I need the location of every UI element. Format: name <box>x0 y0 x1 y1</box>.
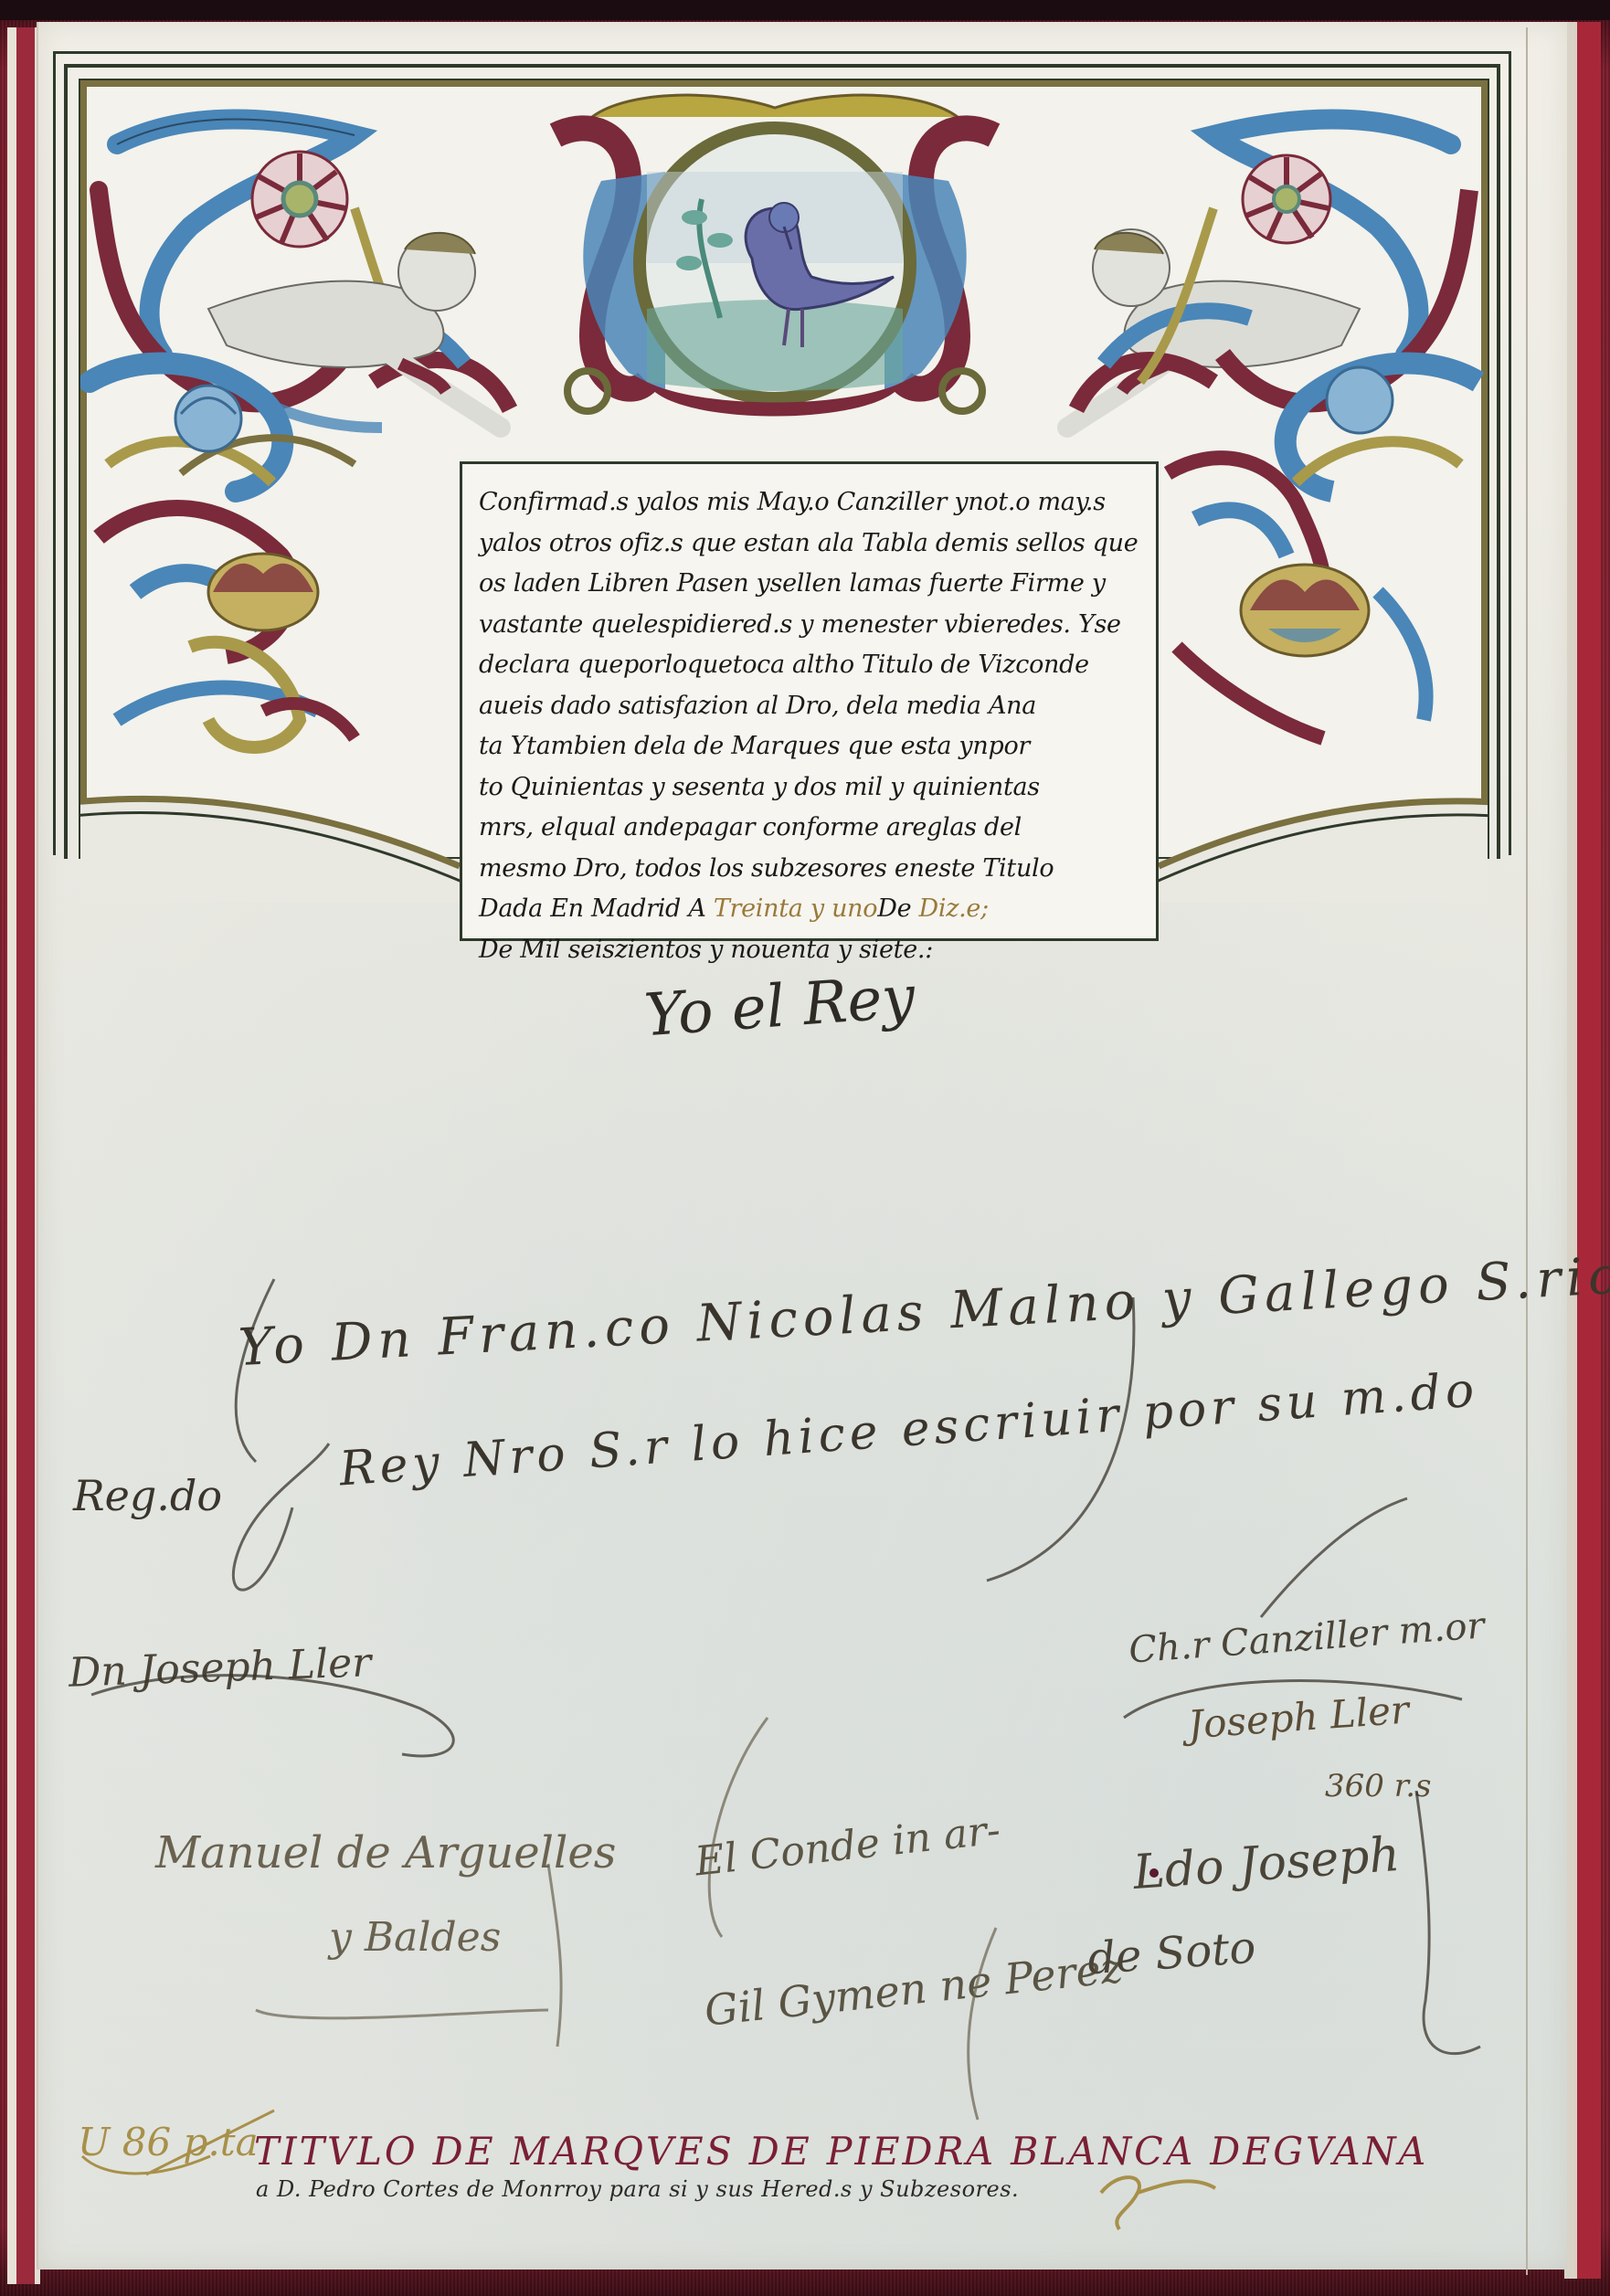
document-title: TITVLO DE MARQVES DE PIEDRA BLANCA DEGVA… <box>254 2129 1428 2174</box>
document-subtitle: a D. Pedro Cortes de Monrroy para si y s… <box>256 2176 1019 2202</box>
gold-rubric-icon <box>1092 2165 1220 2238</box>
signature-flourishes <box>0 0 1610 2296</box>
